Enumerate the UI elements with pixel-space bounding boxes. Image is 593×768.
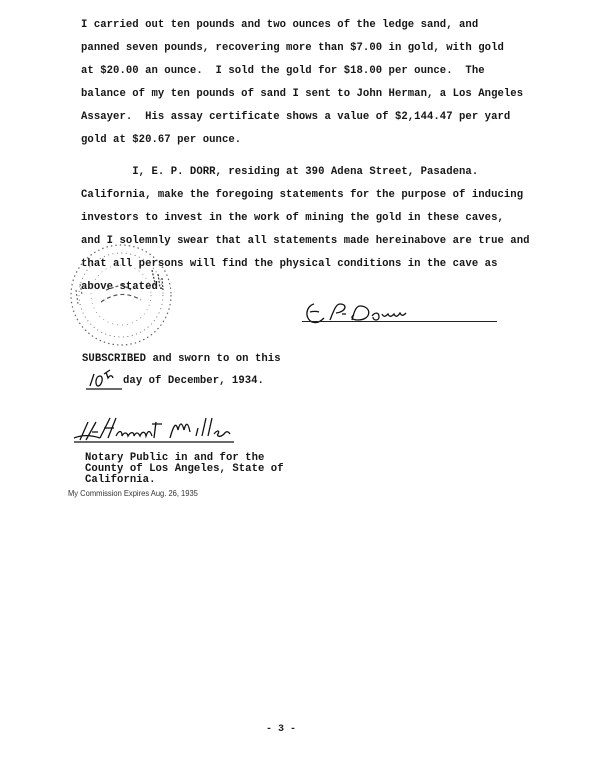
page-number: - 3 -	[266, 724, 296, 735]
handwritten-day	[84, 366, 124, 392]
commission-expiry-stamp: My Commission Expires Aug. 26, 1935	[68, 488, 198, 498]
notary-seal-icon	[66, 240, 176, 350]
text-line: at $20.00 an ounce. I sold the gold for …	[81, 65, 485, 77]
subscribed-line: SUBSCRIBED and sworn to on this	[82, 353, 281, 365]
text-line: I, E. P. DORR, residing at 390 Adena Str…	[81, 166, 478, 178]
affiant-signature-line	[302, 321, 497, 322]
text-line: Assayer. His assay certificate shows a v…	[81, 111, 510, 123]
text-line: I carried out ten pounds and two ounces …	[81, 19, 478, 31]
document-page: I carried out ten pounds and two ounces …	[0, 0, 593, 768]
text-line: gold at $20.67 per ounce.	[81, 134, 241, 146]
notary-line: California.	[85, 475, 155, 486]
text-line: California, make the foregoing statement…	[81, 189, 523, 201]
affiant-signature	[300, 298, 500, 328]
text-line: balance of my ten pounds of sand I sent …	[81, 88, 523, 100]
subscribed-date-line: day of December, 1934.	[123, 375, 264, 387]
text-line: investors to invest in the work of minin…	[81, 212, 504, 224]
text-line: panned seven pounds, recovering more tha…	[81, 42, 504, 54]
notary-signature	[70, 412, 250, 452]
